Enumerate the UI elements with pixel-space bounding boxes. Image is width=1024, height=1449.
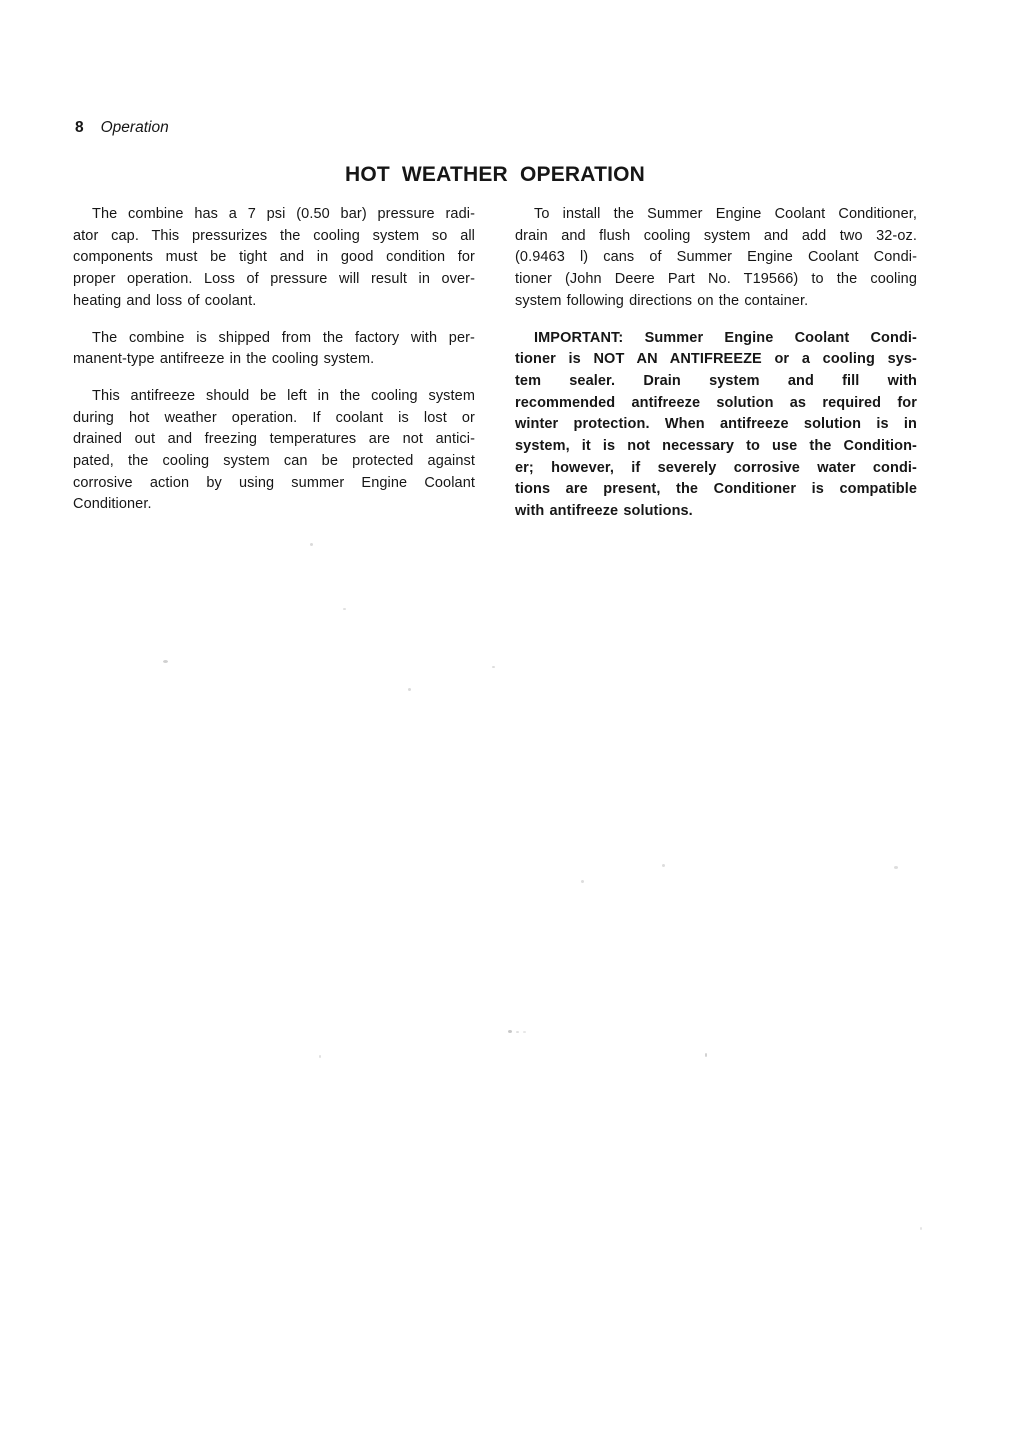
scan-speck xyxy=(319,1055,321,1058)
manual-page: 8Operation HOT WEATHER OPERATION The com… xyxy=(0,0,1024,1449)
text-line: pated, the cooling system can be protect… xyxy=(73,451,475,473)
scan-speck xyxy=(581,880,584,883)
text-line: corrosive action by using summer Engine … xyxy=(73,473,475,495)
scan-speck xyxy=(894,866,898,869)
scan-speck xyxy=(163,660,168,663)
scan-speck xyxy=(662,864,665,867)
page-number: 8 xyxy=(75,118,84,137)
scan-speck xyxy=(920,1227,922,1230)
scan-speck xyxy=(516,1031,519,1033)
text-line: system, it is not necessary to use the C… xyxy=(515,436,917,458)
text-line: recommended antifreeze solution as requi… xyxy=(515,393,917,415)
body-paragraph: To install the Summer Engine Coolant Con… xyxy=(515,204,917,313)
text-line: with antifreeze solutions. xyxy=(515,501,917,523)
text-line: (0.9463 l) cans of Summer Engine Coolant… xyxy=(515,247,917,269)
text-line: tem sealer. Drain system and fill with xyxy=(515,371,917,393)
text-line: The combine has a 7 psi (0.50 bar) press… xyxy=(73,204,475,226)
text-line: system following directions on the conta… xyxy=(515,291,917,313)
scan-speck xyxy=(705,1053,707,1057)
body-paragraph: The combine has a 7 psi (0.50 bar) press… xyxy=(73,204,475,313)
text-line: components must be tight and in good con… xyxy=(73,247,475,269)
text-line: tions are present, the Conditioner is co… xyxy=(515,479,917,501)
page-title: HOT WEATHER OPERATION xyxy=(73,163,917,187)
text-line: tioner is NOT AN ANTIFREEZE or a cooling… xyxy=(515,349,917,371)
text-line: er; however, if severely corrosive water… xyxy=(515,458,917,480)
text-line: winter protection. When antifreeze solut… xyxy=(515,414,917,436)
text-line: This antifreeze should be left in the co… xyxy=(73,386,475,408)
scan-speck xyxy=(343,608,346,610)
text-line: ator cap. This pressurizes the cooling s… xyxy=(73,226,475,248)
scan-speck xyxy=(492,666,495,668)
column-left: The combine has a 7 psi (0.50 bar) press… xyxy=(73,204,475,538)
body-paragraph: The combine is shipped from the factory … xyxy=(73,328,475,371)
scan-speck xyxy=(310,543,313,546)
text-line: during hot weather operation. If coolant… xyxy=(73,408,475,430)
text-line: heating and loss of coolant. xyxy=(73,291,475,313)
text-line: Conditioner. xyxy=(73,494,475,516)
text-line: The combine is shipped from the factory … xyxy=(73,328,475,350)
text-line: proper operation. Loss of pressure will … xyxy=(73,269,475,291)
text-line: drain and flush cooling system and add t… xyxy=(515,226,917,248)
scan-speck xyxy=(408,688,411,691)
column-right: To install the Summer Engine Coolant Con… xyxy=(515,204,917,538)
important-paragraph: IMPORTANT: Summer Engine Coolant Condi-t… xyxy=(515,328,917,523)
text-line: drained out and freezing temperatures ar… xyxy=(73,429,475,451)
text-line: IMPORTANT: Summer Engine Coolant Condi- xyxy=(515,328,917,350)
body-paragraph: This antifreeze should be left in the co… xyxy=(73,386,475,516)
text-line: To install the Summer Engine Coolant Con… xyxy=(515,204,917,226)
scan-speck xyxy=(523,1031,526,1033)
text-line: tioner (John Deere Part No. T19566) to t… xyxy=(515,269,917,291)
scan-speck xyxy=(508,1030,512,1033)
page-header: 8Operation xyxy=(75,118,169,137)
text-columns: The combine has a 7 psi (0.50 bar) press… xyxy=(73,204,917,538)
section-title: Operation xyxy=(101,118,169,137)
text-line: manent-type antifreeze in the cooling sy… xyxy=(73,349,475,371)
